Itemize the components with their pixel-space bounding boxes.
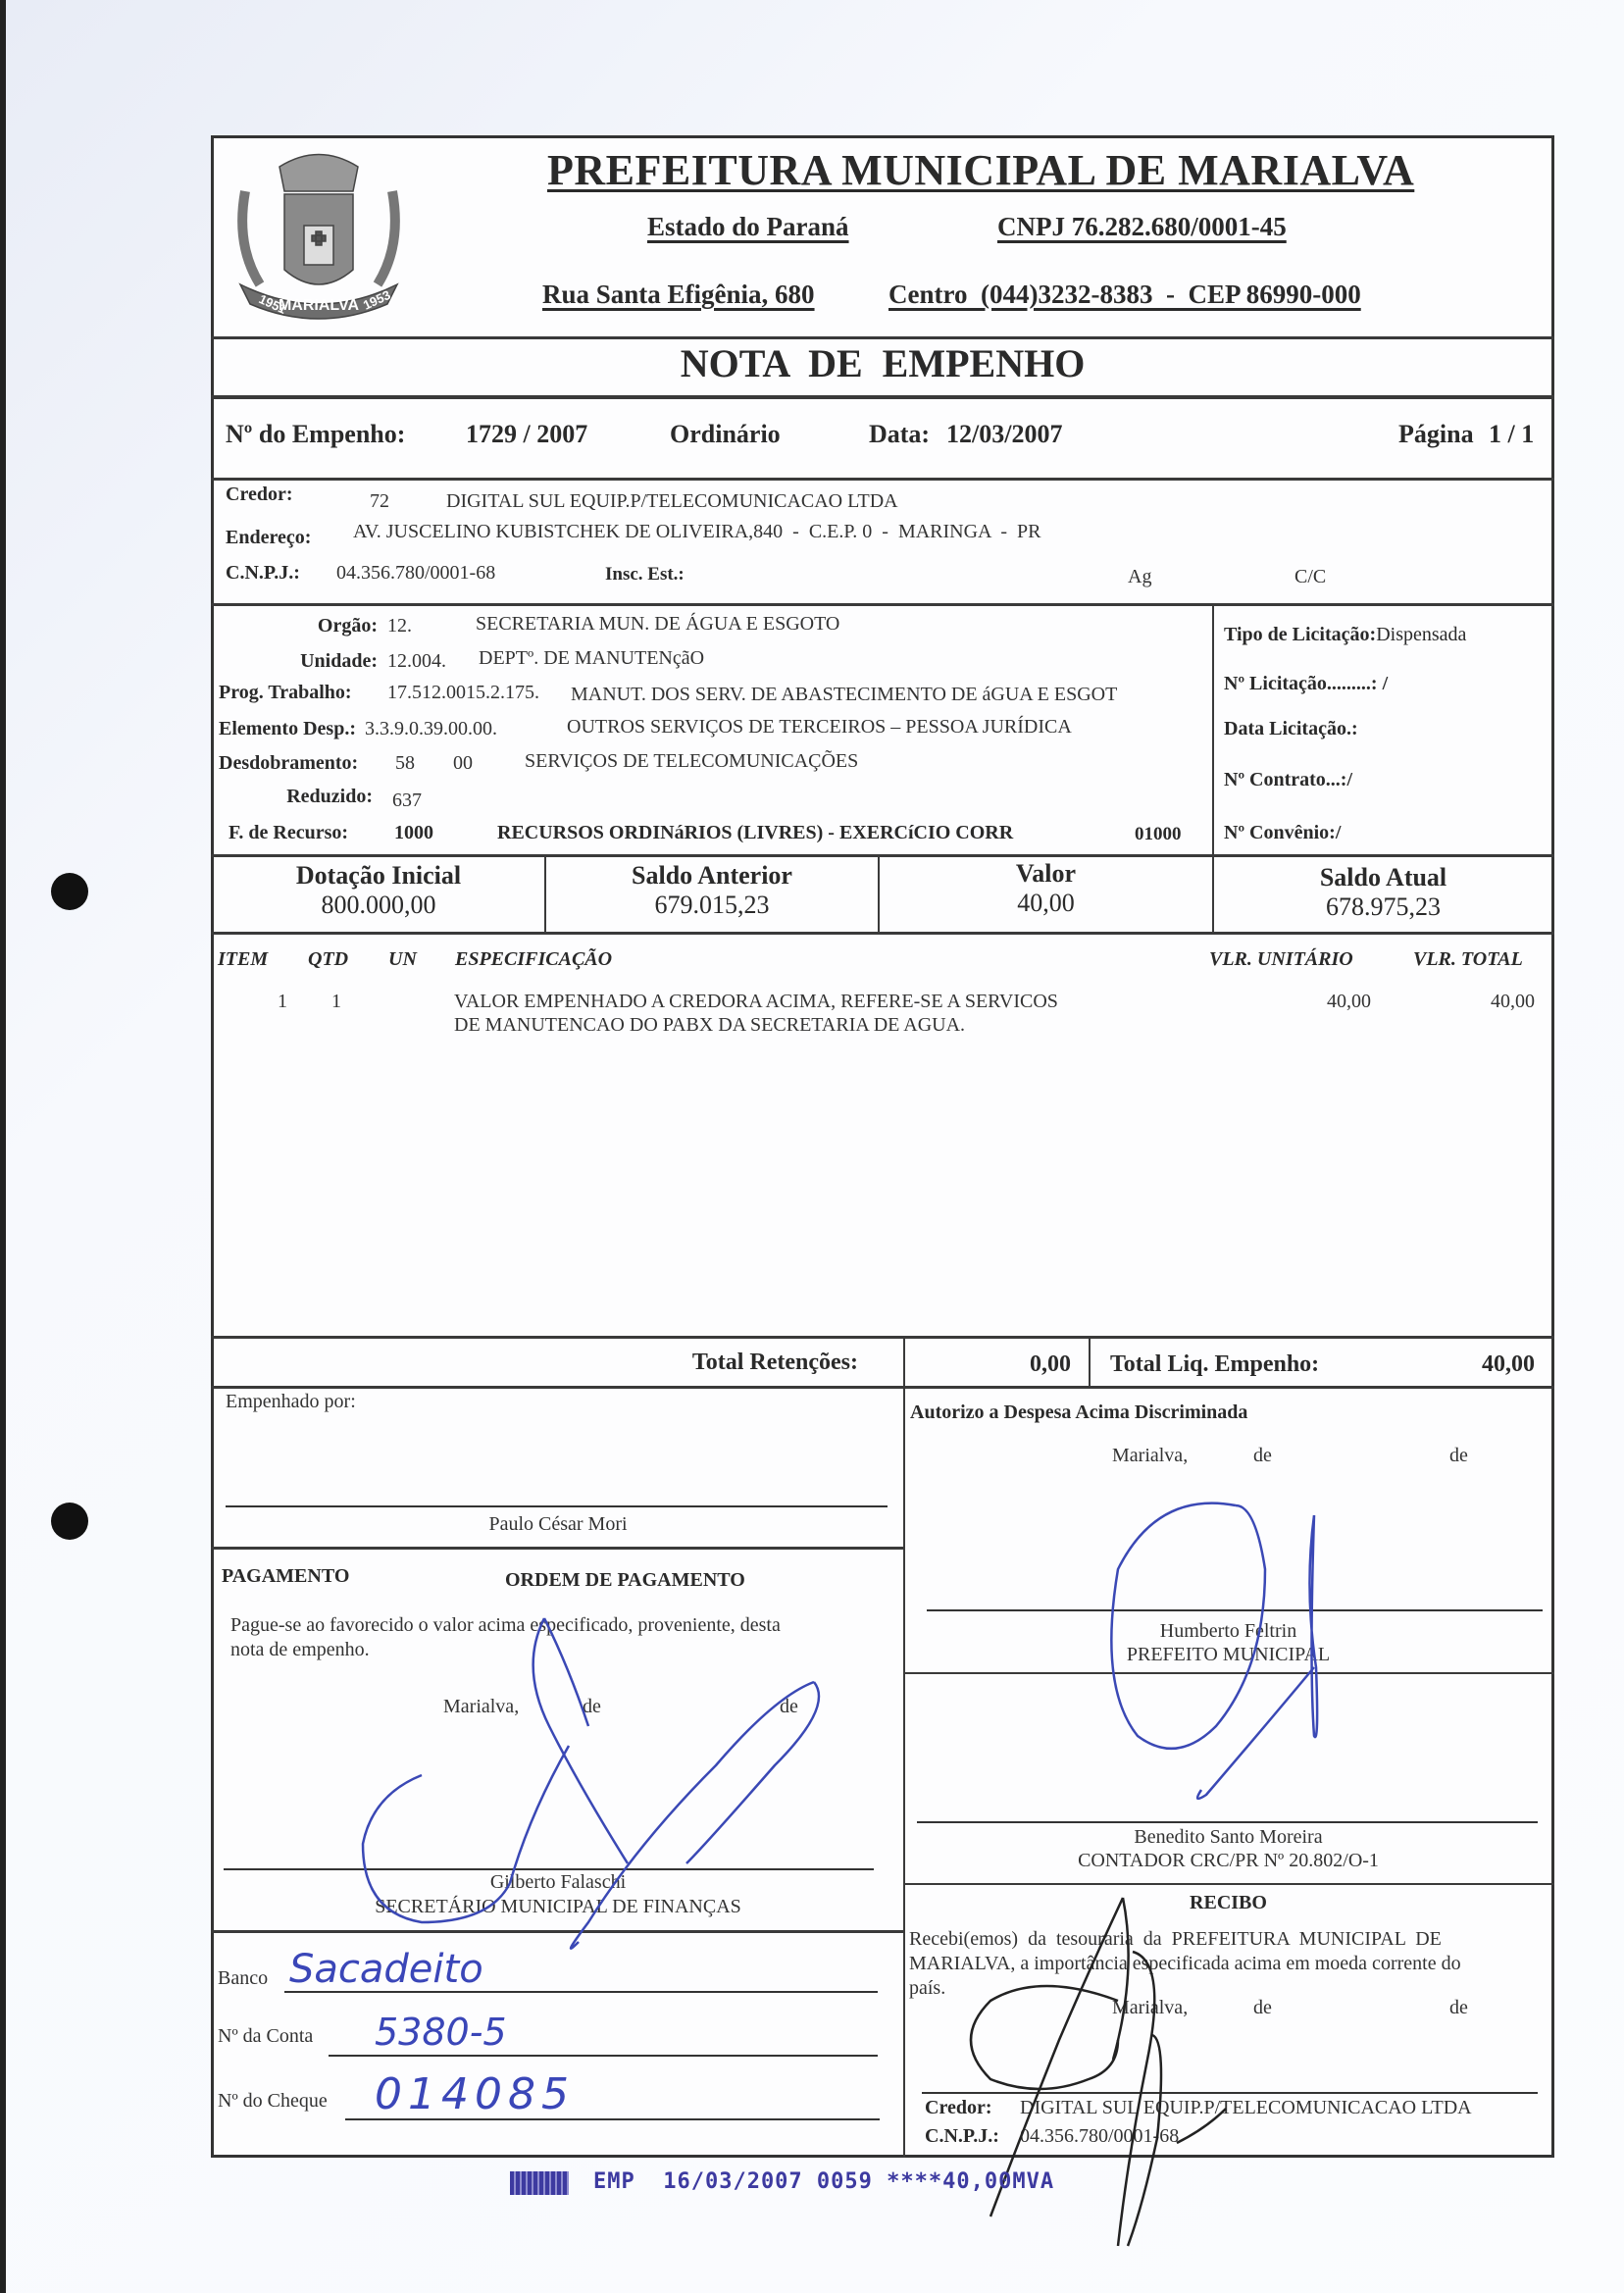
secretario-signature-icon [363, 1618, 819, 1949]
bank-authentication-logo-icon [510, 2171, 569, 2195]
bank-authentication-stamp: EMP 16/03/2007 0059 ****40,00MVA [593, 2169, 1054, 2194]
prefeito-signature-icon [1111, 1503, 1317, 1799]
handwritten-signatures [0, 0, 1624, 2293]
